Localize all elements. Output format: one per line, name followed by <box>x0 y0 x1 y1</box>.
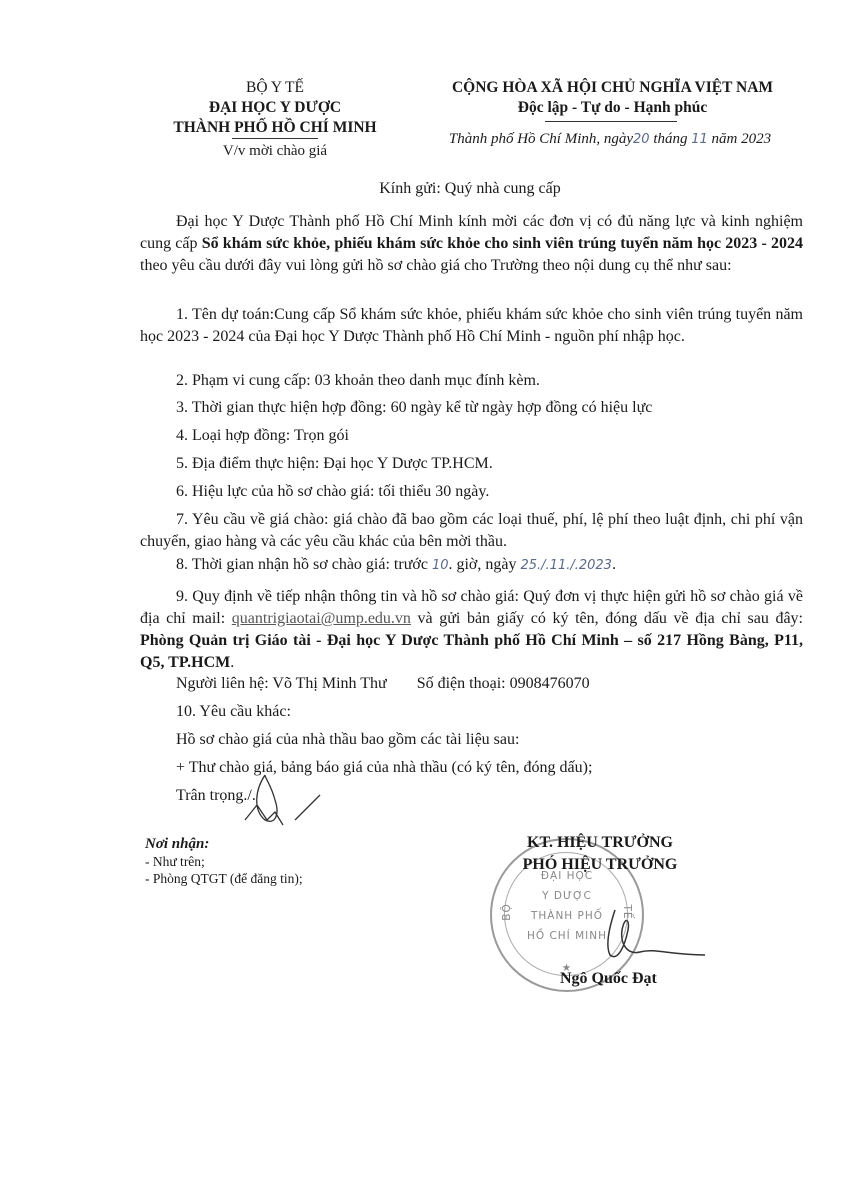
item-10: 10. Yêu cầu khác: <box>140 701 839 723</box>
salutation: Kính gửi: Quý nhà cung cấp <box>200 180 740 198</box>
issuer-underline <box>232 138 318 139</box>
item-2: 2. Phạm vi cung cấp: 03 khoản theo danh … <box>140 370 839 392</box>
item-6: 6. Hiệu lực của hồ sơ chào giá: tối thiể… <box>140 481 839 503</box>
item-1: 1. Tên dự toán:Cung cấp Sổ khám sức khỏe… <box>140 304 803 348</box>
contact-line: Người liên hệ: Võ Thị Minh ThưSố điện th… <box>140 673 839 695</box>
contact-phone: Số điện thoại: 0908476070 <box>417 675 590 692</box>
motto-underline <box>545 121 677 122</box>
intro-subject-bold: Sổ khám sức khỏe, phiếu khám sức khỏe ch… <box>202 235 803 252</box>
recipients-block: Nơi nhận: - Như trên; - Phòng QTGT (để đ… <box>145 836 303 887</box>
ministry-name: BỘ Y TẾ <box>150 78 400 98</box>
email-link[interactable]: quantrigiaotai@ump.edu.vn <box>232 610 411 627</box>
recipients-title: Nơi nhận: <box>145 836 303 853</box>
item-9: 9. Quy định về tiếp nhận thông tin và hồ… <box>140 586 803 674</box>
item-4: 4. Loại hợp đồng: Trọn gói <box>140 425 839 447</box>
university-name-line1: ĐẠI HỌC Y DƯỢC <box>150 98 400 118</box>
university-name-line2: THÀNH PHỐ HỒ CHÍ MINH <box>150 118 400 138</box>
contact-person: Người liên hệ: Võ Thị Minh Thư <box>176 675 387 692</box>
recipient-item: - Phòng QTGT (để đăng tin); <box>145 870 303 887</box>
document-subject: V/v mời chào giá <box>150 143 400 160</box>
issuer-block: BỘ Y TẾ ĐẠI HỌC Y DƯỢC THÀNH PHỐ HỒ CHÍ … <box>150 78 400 138</box>
document-date: Thành phố Hồ Chí Minh, ngày20 tháng 11 n… <box>420 131 800 148</box>
deadline-hour-handwritten: 10 <box>432 558 449 573</box>
item-3: 3. Thời gian thực hiện hợp đồng: 60 ngày… <box>140 397 839 419</box>
national-motto: Độc lập - Tự do - Hạnh phúc <box>425 98 800 118</box>
signature-block: KT. HIỆU TRƯỞNG PHÓ HIỆU TRƯỞNG <box>470 832 730 876</box>
signature-title-2: PHÓ HIỆU TRƯỞNG <box>470 854 730 876</box>
national-header: CỘNG HÒA XÃ HỘI CHỦ NGHĨA VIỆT NAM Độc l… <box>425 78 800 118</box>
recipient-item: - Như trên; <box>145 853 303 870</box>
nation-title: CỘNG HÒA XÃ HỘI CHỦ NGHĨA VIỆT NAM <box>425 78 800 98</box>
item-7: 7. Yêu cầu về giá chào: giá chào đã bao … <box>140 509 803 553</box>
signature-title-1: KT. HIỆU TRƯỞNG <box>470 832 730 854</box>
initials-scribble <box>225 770 325 840</box>
date-day-handwritten: 20 <box>633 132 650 147</box>
item-8: 8. Thời gian nhận hồ sơ chào giá: trước … <box>140 554 803 577</box>
date-month-handwritten: 11 <box>691 132 708 147</box>
item-5: 5. Địa điểm thực hiện: Đại học Y Dược TP… <box>140 453 839 475</box>
signer-name: Ngô Quốc Đạt <box>560 970 657 988</box>
intro-paragraph: Đại học Y Dược Thành phố Hồ Chí Minh kín… <box>140 211 803 277</box>
docs-intro: Hồ sơ chào giá của nhà thầu bao gồm các … <box>140 729 839 751</box>
delivery-address: Phòng Quản trị Giáo tài - Đại học Y Dược… <box>140 632 803 671</box>
deadline-date-handwritten: 25./.11./.2023 <box>521 558 612 573</box>
signature-scribble <box>570 900 710 970</box>
